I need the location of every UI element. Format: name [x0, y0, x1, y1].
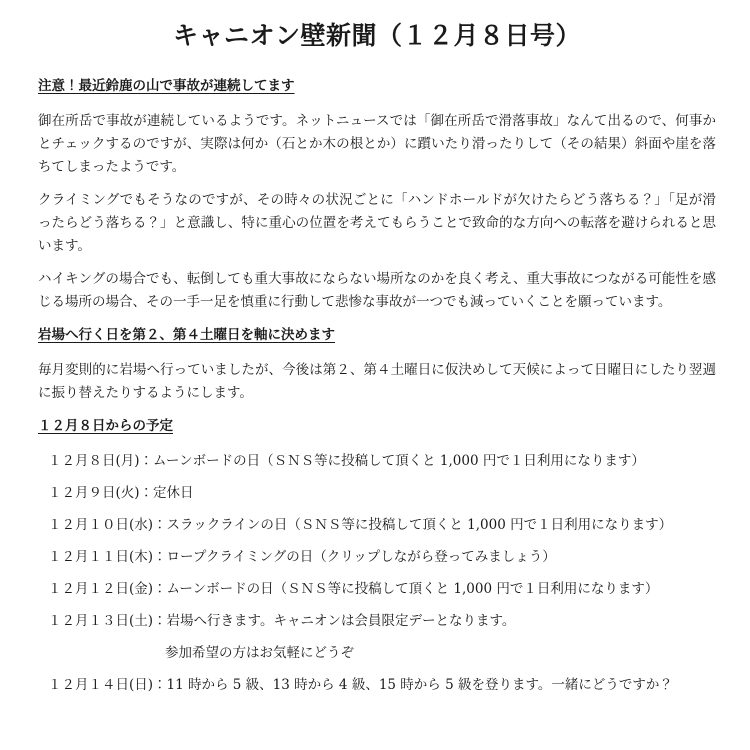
schedule-item-dec11: １２月１１日(木)：ロープクライミングの日（クリップしながら登ってみましょう） [38, 546, 716, 569]
schedule-participation-note: 参加希望の方はお気軽にどうぞ [38, 642, 716, 665]
schedule-item-dec14: １２月１４日(日)：11 時から 5 級、13 時から 4 級、15 時から 5… [38, 674, 716, 697]
document-page: キャニオン壁新聞（１２月８日号） 注意！最近鈴鹿の山で事故が連続してます 御在所… [0, 0, 750, 750]
schedule-item-dec10: １２月１０日(水)：スラックラインの日（ＳＮＳ等に投稿して頂くと 1,000 円… [38, 514, 716, 537]
section-crag-day-policy: 岩場へ行く日を第２、第４土曜日を軸に決めます 毎月変則的に岩場へ行っていましたが… [38, 324, 716, 405]
schedule-item-dec9: １２月９日(火)：定休日 [38, 482, 716, 505]
section-schedule: １２月８日からの予定 １２月８日(月)：ムーンボードの日（ＳＮＳ等に投稿して頂く… [38, 415, 716, 697]
schedule-list: １２月８日(月)：ムーンボードの日（ＳＮＳ等に投稿して頂くと 1,000 円で１… [38, 450, 716, 697]
page-title: キャニオン壁新聞（１２月８日号） [38, 20, 716, 53]
accident-paragraph-2: クライミングでもそうなのですが、その時々の状況ごとに「ハンドホールドが欠けたらど… [38, 189, 716, 258]
crag-day-section-heading: 岩場へ行く日を第２、第４土曜日を軸に決めます [38, 324, 716, 347]
accident-section-heading: 注意！最近鈴鹿の山で事故が連続してます [38, 75, 716, 98]
schedule-section-heading: １２月８日からの予定 [38, 415, 716, 438]
schedule-item-dec8: １２月８日(月)：ムーンボードの日（ＳＮＳ等に投稿して頂くと 1,000 円で１… [38, 450, 716, 473]
section-accident-notice: 注意！最近鈴鹿の山で事故が連続してます 御在所岳で事故が連続しているようです。ネ… [38, 75, 716, 314]
crag-day-paragraph: 毎月変則的に岩場へ行っていましたが、今後は第２、第４土曜日に仮決めして天候によっ… [38, 359, 716, 405]
accident-paragraph-1: 御在所岳で事故が連続しているようです。ネットニュースでは「御在所岳で滑落事故」な… [38, 110, 716, 179]
schedule-item-dec13: １２月１３日(土)：岩場へ行きます。キャニオンは会員限定デーとなります。 [38, 610, 716, 633]
accident-paragraph-3: ハイキングの場合でも、転倒しても重大事故にならない場所なのかを良く考え、重大事故… [38, 268, 716, 314]
schedule-item-dec12: １２月１２日(金)：ムーンボードの日（ＳＮＳ等に投稿して頂くと 1,000 円で… [38, 578, 716, 601]
